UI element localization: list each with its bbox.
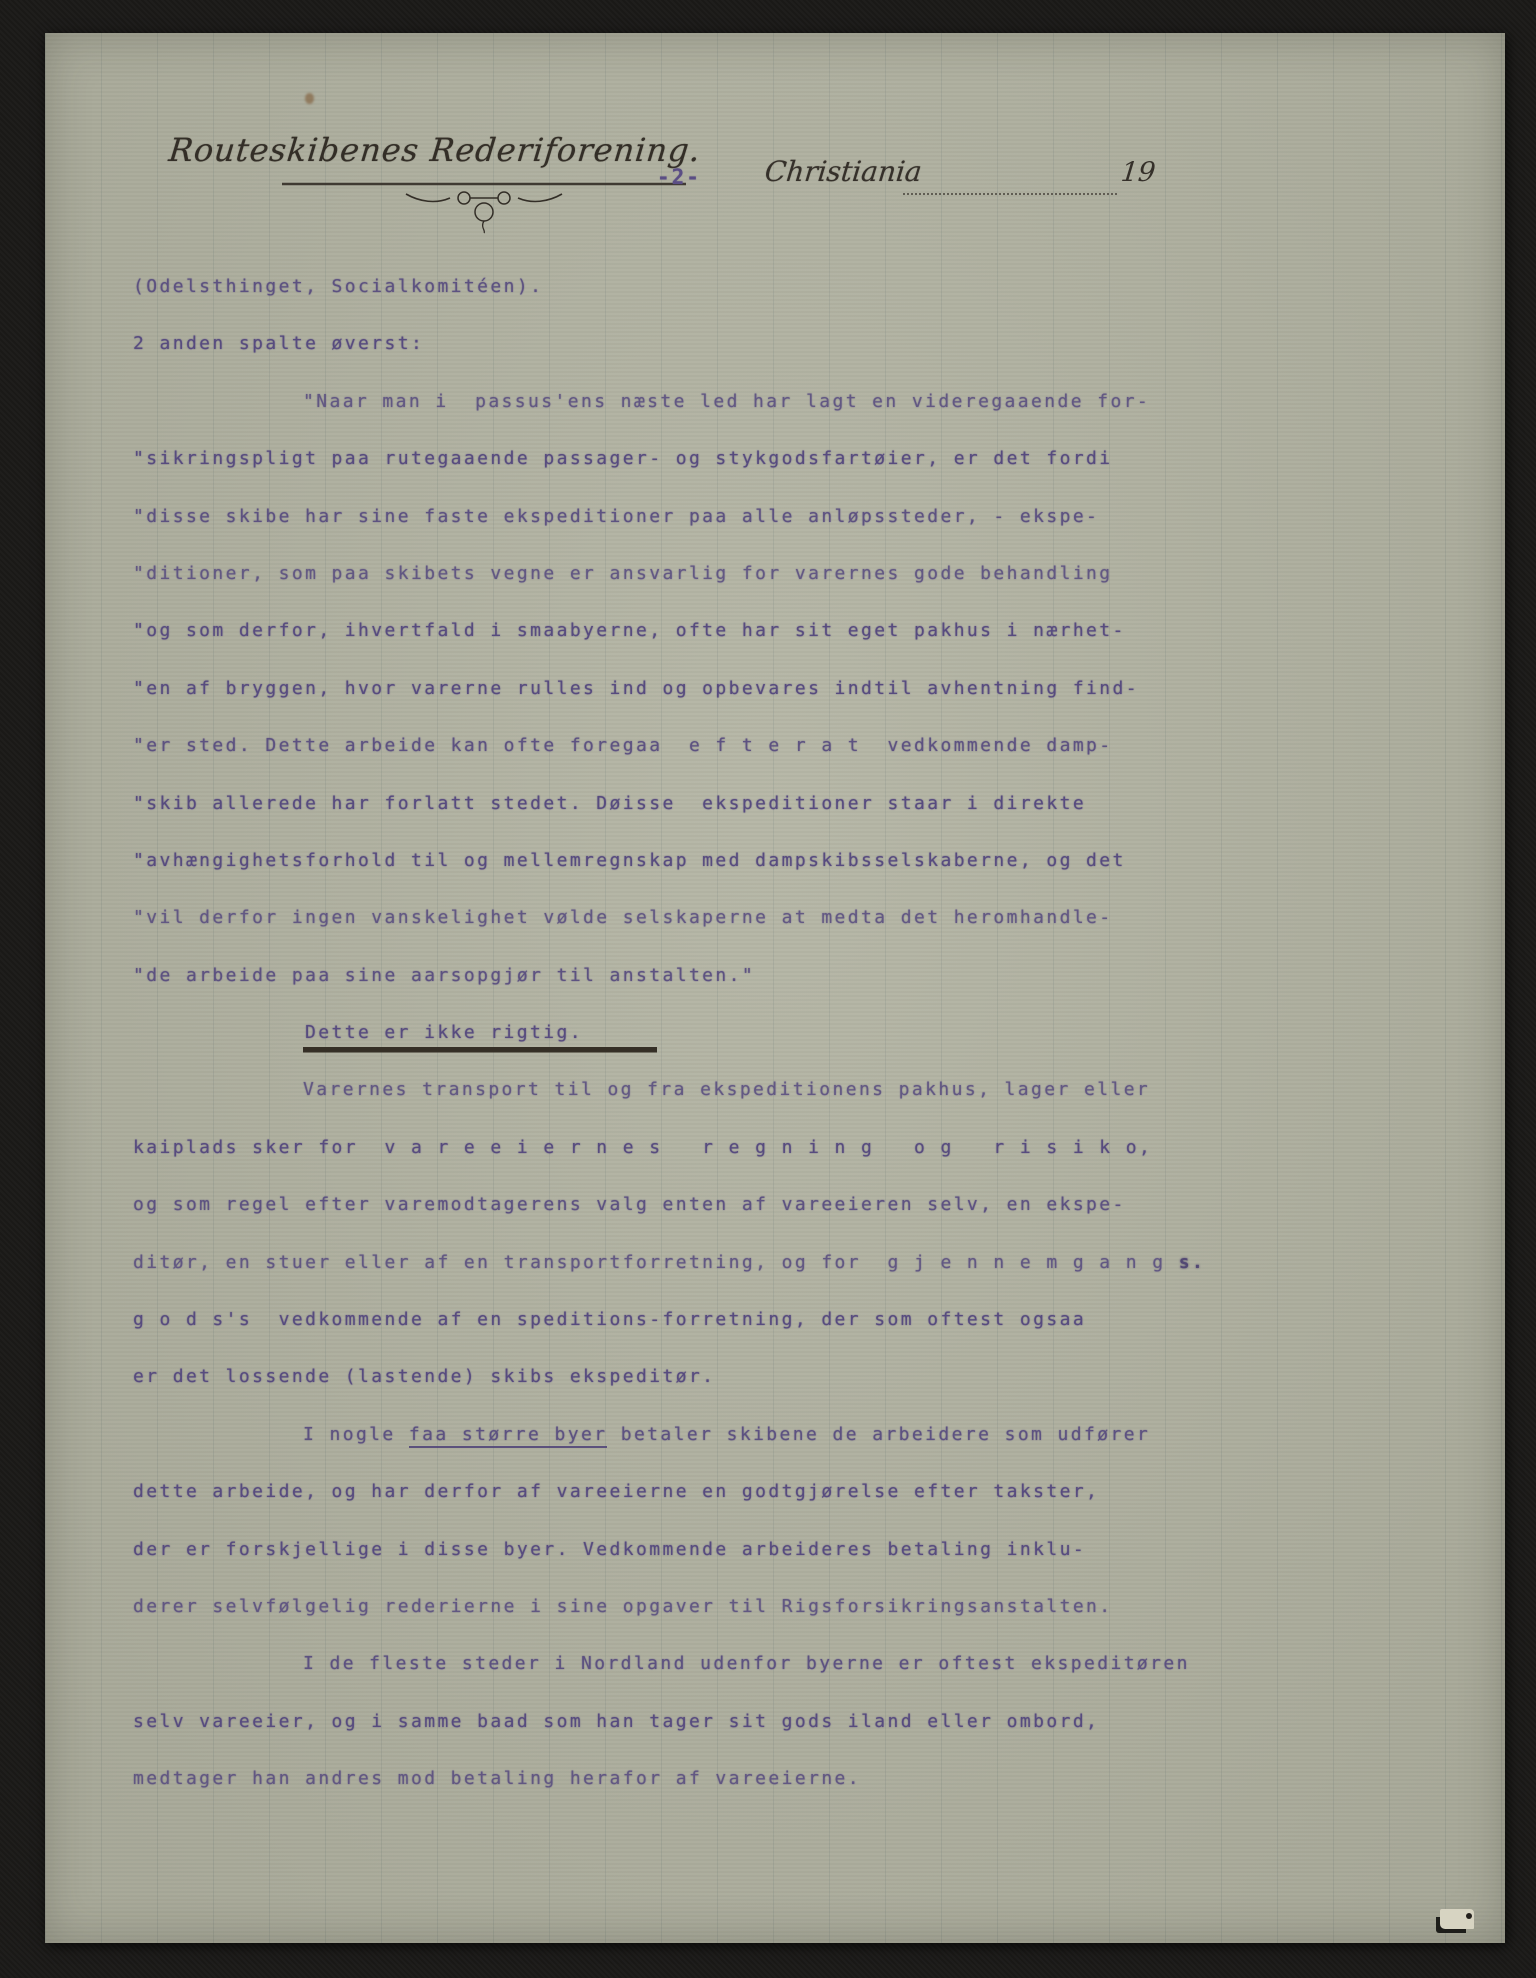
paragraph-line: derer selvfølgelig rederierne i sine opg…: [133, 1596, 1313, 1653]
paper-stain: [305, 93, 314, 104]
paragraph-line-text: ditør, en stuer eller af en transportfor…: [133, 1252, 1179, 1273]
quote-line: "en af bryggen, hvor varerne rulles ind …: [133, 678, 1313, 735]
scanned-letter-page: Routeskibenes Rederiforening. -2- Christ…: [45, 33, 1505, 1943]
section-heading-line: Dette er ikke rigtig.: [133, 1022, 1313, 1079]
quote-line: "de arbeide paa sine aarsopgjør til anst…: [133, 965, 1313, 1022]
quote-line: "vil derfor ingen vanskelighet vølde sel…: [133, 907, 1313, 964]
page-number: -2-: [657, 165, 701, 189]
paragraph-line: kaiplads sker for v a r e e i e r n e s …: [133, 1137, 1313, 1194]
underlined-phrase: faa større byer: [409, 1424, 608, 1448]
paragraph-line: I de fleste steder i Nordland udenfor by…: [133, 1653, 1313, 1710]
annotation-column-note: 2 anden spalte øverst:: [133, 333, 1313, 390]
paper-tear: [1440, 1909, 1474, 1929]
paragraph-line: der er forskjellige i disse byer. Vedkom…: [133, 1539, 1313, 1596]
quote-line: "og som derfor, ihvertfald i smaabyerne,…: [133, 620, 1313, 677]
quote-line: "disse skibe har sine faste ekspeditione…: [133, 506, 1313, 563]
paragraph-line: Varernes transport til og fra ekspeditio…: [133, 1079, 1313, 1136]
letterhead-ornament: [278, 178, 690, 236]
paragraph-line: ditør, en stuer eller af en transportfor…: [133, 1252, 1313, 1309]
underlined-heading: Dette er ikke rigtig.: [303, 1022, 657, 1052]
paragraph-line: g o d s's vedkommende af en speditions-f…: [133, 1309, 1313, 1366]
letterhead-organization: Routeskibenes Rederiforening.: [167, 131, 703, 169]
letter-body: (Odelsthinget, Socialkomitéen). 2 anden …: [133, 276, 1313, 1826]
paragraph-line: I nogle faa større byer betaler skibene …: [133, 1424, 1313, 1481]
place-name: Christiania: [763, 155, 923, 188]
scan-backdrop: { "colors": { "backdrop": "#1b1a18", "pa…: [0, 0, 1536, 1978]
paragraph-line: og som regel efter varemodtagerens valg …: [133, 1194, 1313, 1251]
quote-line: "avhængighetsforhold til og mellemregnsk…: [133, 850, 1313, 907]
paragraph-line: dette arbeide, og har derfor af vareeier…: [133, 1481, 1313, 1538]
quote-line: "ditioner, som paa skibets vegne er ansv…: [133, 563, 1313, 620]
quote-line: "Naar man i passus'ens næste led har lag…: [133, 391, 1313, 448]
date-dotted-line: [903, 191, 1117, 195]
year-prefix: 19: [1119, 157, 1157, 188]
paragraph-line: medtager han andres mod betaling herafor…: [133, 1768, 1313, 1825]
paragraph-line: er det lossende (lastende) skibs ekspedi…: [133, 1366, 1313, 1423]
quote-line: "er sted. Dette arbeide kan ofte foregaa…: [133, 735, 1313, 792]
quote-line: "sikringspligt paa rutegaaende passager-…: [133, 448, 1313, 505]
paragraph-line-text: I nogle: [303, 1424, 409, 1445]
paragraph-line: selv vareeier, og i samme baad som han t…: [133, 1711, 1313, 1768]
annotation-source-note: (Odelsthinget, Socialkomitéen).: [133, 276, 1313, 333]
overstruck-suffix: s.: [1179, 1252, 1205, 1273]
quote-line: "skib allerede har forlatt stedet. Døiss…: [133, 793, 1313, 850]
paragraph-line-text: betaler skibene de arbeidere som udfører: [607, 1424, 1150, 1445]
